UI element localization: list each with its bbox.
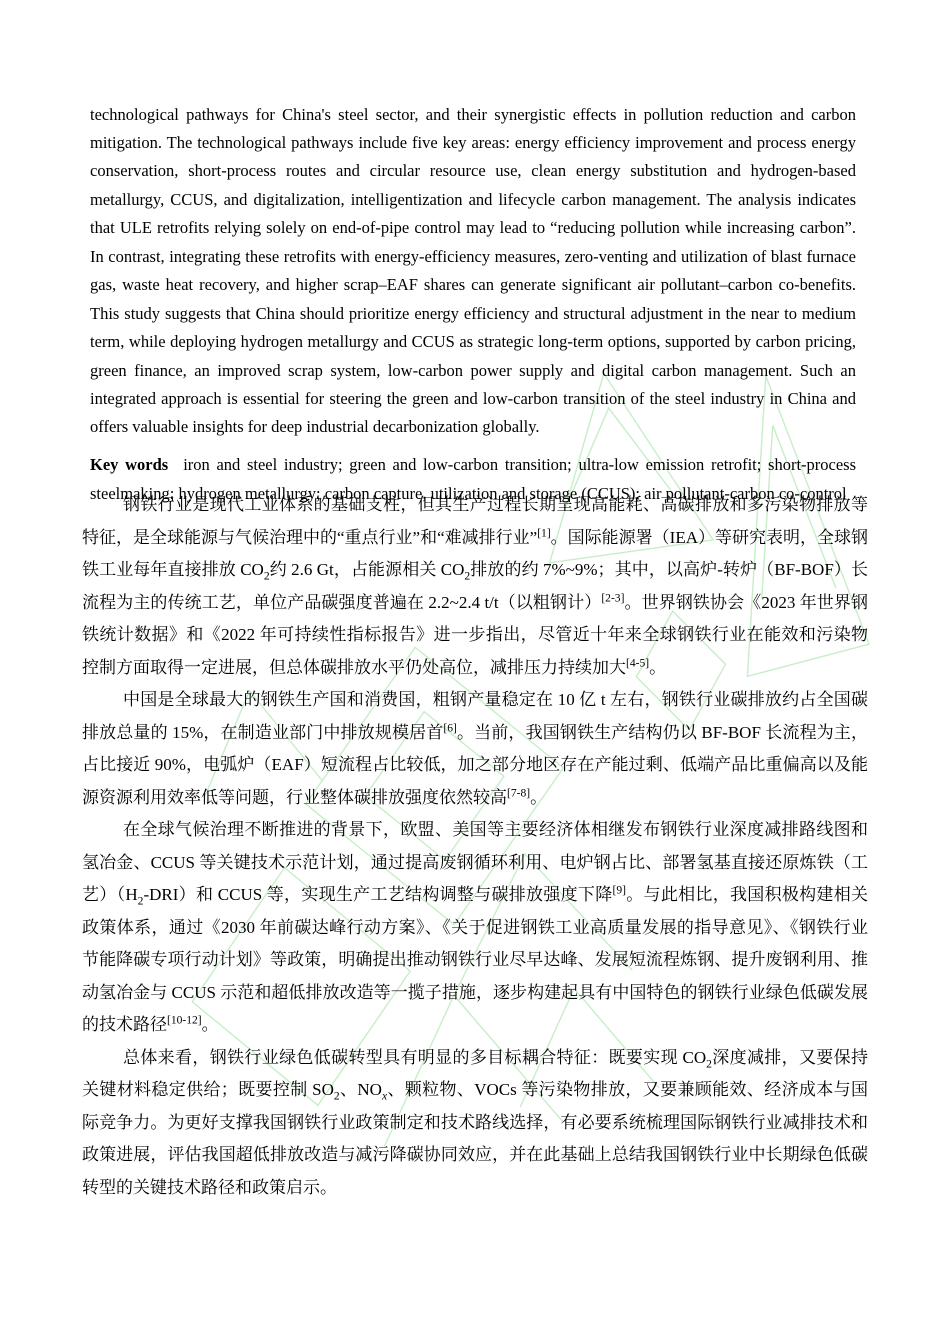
subscript: 2 <box>334 1089 340 1102</box>
citation-ref: [2-3] <box>601 591 624 604</box>
citation-ref: [1] <box>537 526 550 539</box>
subscript: x <box>382 1089 387 1102</box>
body-text: 钢铁行业是现代工业体系的基础支柱，但其生产过程长期呈现高能耗、高碳排放和多污染物… <box>82 489 868 1204</box>
manuscript-page: technological pathways for China's steel… <box>0 0 950 1344</box>
citation-ref: [10-12] <box>167 1013 202 1026</box>
body-paragraph-1: 钢铁行业是现代工业体系的基础支柱，但其生产过程长期呈现高能耗、高碳排放和多污染物… <box>82 489 868 684</box>
citation-ref: [7-8] <box>507 786 530 799</box>
subscript: 2 <box>138 894 144 907</box>
citation-ref: [6] <box>443 721 456 734</box>
body-paragraph-4: 总体来看，钢铁行业绿色低碳转型具有明显的多目标耦合特征：既要实现 CO2深度减排… <box>82 1042 868 1205</box>
subscript: 2 <box>706 1057 712 1070</box>
keywords-label: Key words <box>90 455 168 474</box>
abstract-paragraph: technological pathways for China's steel… <box>90 101 856 442</box>
citation-ref: [4-5] <box>626 656 649 669</box>
body-paragraph-2: 中国是全球最大的钢铁生产国和消费国，粗钢产量稳定在 10 亿 t 左右，钢铁行业… <box>82 684 868 814</box>
citation-ref: [9] <box>613 883 626 896</box>
body-paragraph-3: 在全球气候治理不断推进的背景下，欧盟、美国等主要经济体相继发布钢铁行业深度减排路… <box>82 814 868 1042</box>
subscript: 2 <box>264 569 270 582</box>
subscript: 2 <box>464 569 470 582</box>
